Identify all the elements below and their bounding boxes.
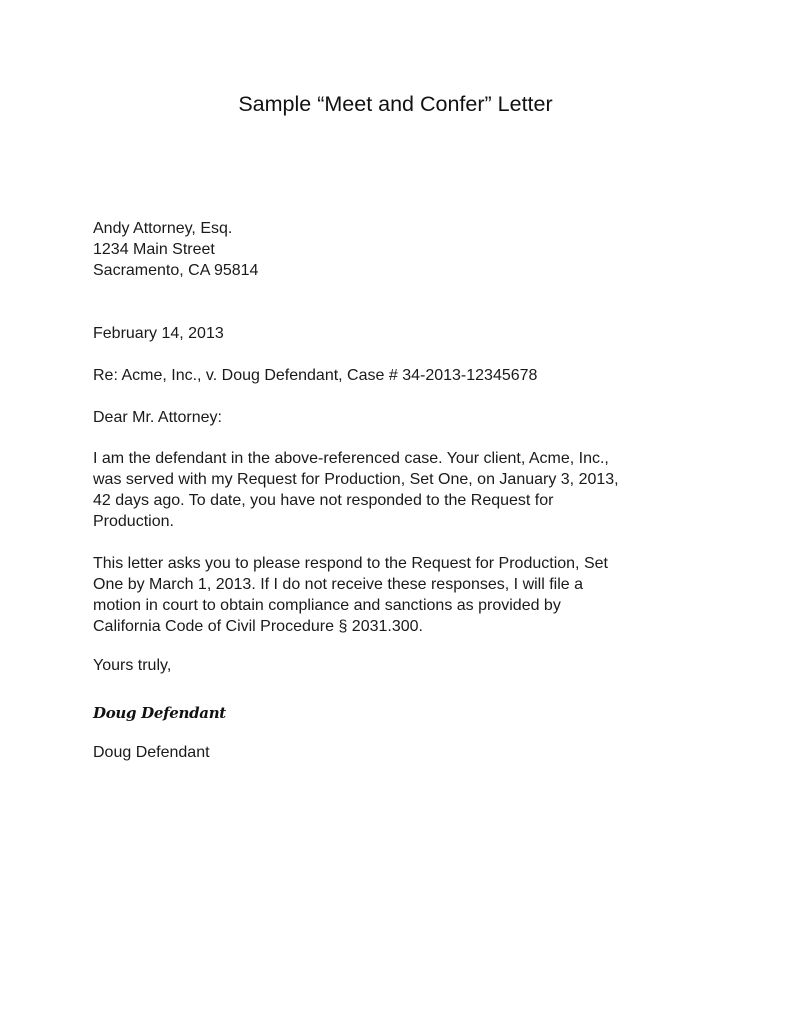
closing: Yours truly, [93,655,171,676]
paragraph-line: I am the defendant in the above-referenc… [93,448,619,469]
body-paragraph-1: I am the defendant in the above-referenc… [93,448,619,532]
paragraph-line: California Code of Civil Procedure § 203… [93,616,608,637]
paragraph-line: 42 days ago. To date, you have not respo… [93,490,619,511]
recipient-name: Andy Attorney, Esq. [93,218,258,239]
recipient-address: Andy Attorney, Esq. 1234 Main Street Sac… [93,218,258,281]
paragraph-line: was served with my Request for Productio… [93,469,619,490]
paragraph-line: Production. [93,511,619,532]
signer-name: Doug Defendant [93,742,210,763]
letter-date: February 14, 2013 [93,323,224,344]
letter-page: Sample “Meet and Confer” Letter Andy Att… [0,0,791,1024]
paragraph-line: This letter asks you to please respond t… [93,553,608,574]
paragraph-line: One by March 1, 2013. If I do not receiv… [93,574,608,595]
salutation: Dear Mr. Attorney: [93,407,222,428]
re-line: Re: Acme, Inc., v. Doug Defendant, Case … [93,365,537,386]
recipient-city: Sacramento, CA 95814 [93,260,258,281]
paragraph-line: motion in court to obtain compliance and… [93,595,608,616]
recipient-street: 1234 Main Street [93,239,258,260]
body-paragraph-2: This letter asks you to please respond t… [93,553,608,637]
document-title: Sample “Meet and Confer” Letter [0,91,791,117]
handwritten-signature: Doug Defendant [93,703,226,723]
